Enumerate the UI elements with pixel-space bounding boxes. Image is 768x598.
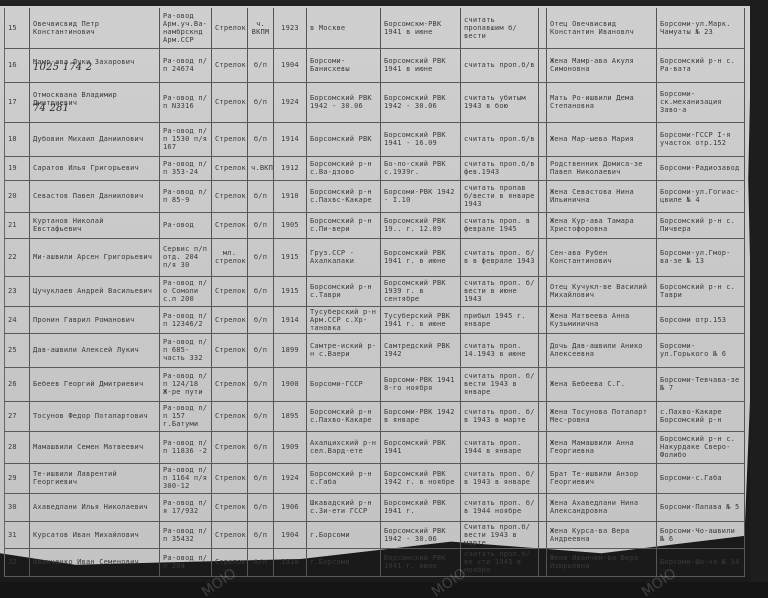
cell-party: б/п — [248, 122, 274, 156]
cell-address: Борсоми-ГССР I-я участок отр.152 — [657, 122, 745, 156]
cell-called: Самтредский РВК 1942 — [381, 333, 461, 367]
cell-reason: считать проп.б/в фев.1943 — [461, 156, 539, 180]
cell-year: 1904 — [274, 48, 307, 82]
cell-unit: Ра-овод п/п 24674 — [160, 48, 212, 82]
table-row: 27Тосунов Федор ПотапартовичРа-овод п/п … — [5, 401, 745, 431]
cell-unit: Ра-овод п/п 35432 — [160, 521, 212, 548]
cell-relative: Жена Мамр-ава Акуля Симоновна — [547, 48, 657, 82]
cell-called: Борсоми-РВК 1942 в январе — [381, 401, 461, 431]
cell-called: Борсомский РВК 1941 г. в июне — [381, 238, 461, 276]
cell-name: Мамр-ава Луки Захарович1025 174 2 — [30, 48, 160, 82]
table-row: 17Отмосквана Владимир Дмитриевич74 281Ра… — [5, 82, 745, 122]
table-row: 29Те-ишвили Лаврентий ГеоргиевичРа-овод … — [5, 463, 745, 493]
cell-year: 1915 — [274, 276, 307, 306]
cell-party: б/п — [248, 521, 274, 548]
cell-no: 22 — [5, 238, 30, 276]
cell-note — [539, 493, 547, 521]
cell-party: б/п — [248, 306, 274, 333]
cell-birthplace: Борсомский р-н с.Габа — [307, 463, 381, 493]
cell-name: Пронин Гаврил Романович — [30, 306, 160, 333]
cell-party: ч. ВКПМ — [248, 8, 274, 48]
cell-birthplace: Тусуберский р-н Арм.ССР с.Хр-тановка — [307, 306, 381, 333]
cell-birthplace: Борсомский р-н с.Пахвс-Какаре — [307, 180, 381, 212]
cell-year: 1900 — [274, 367, 307, 401]
cell-note — [539, 431, 547, 463]
scan-right-edge — [750, 0, 768, 598]
cell-relative: Дочь Дав-ашвили Анико Алексеевна — [547, 333, 657, 367]
cell-party: б/п — [248, 431, 274, 463]
cell-reason: считать пропавшим б/вести — [461, 8, 539, 48]
cell-address: Борсоми отр.153 — [657, 306, 745, 333]
cell-reason: считать проп. б/в 1943 в январе — [461, 463, 539, 493]
cell-note — [539, 276, 547, 306]
cell-year: 1914 — [274, 306, 307, 333]
cell-year: 1912 — [274, 156, 307, 180]
cell-name: Отмосквана Владимир Дмитриевич74 281 — [30, 82, 160, 122]
cell-reason: считать убитым 1943 в бою — [461, 82, 539, 122]
cell-year: 1899 — [274, 333, 307, 367]
cell-called: Борсомский РВК 1942 г. в ноябре — [381, 463, 461, 493]
cell-party: б/п — [248, 493, 274, 521]
cell-relative: Жена Тосунова Потапарт Мес-ровна — [547, 401, 657, 431]
cell-year: 1910 — [274, 180, 307, 212]
cell-no: 27 — [5, 401, 30, 431]
cell-unit: Ра-овод п/п 85-9 — [160, 180, 212, 212]
cell-unit: Ра-овод п/п N3316 — [160, 82, 212, 122]
cell-name: Овечвисвид Петр Константинович — [30, 8, 160, 48]
cell-called: Борсомскм-РВК 1941 в июне — [381, 8, 461, 48]
cell-no: 24 — [5, 306, 30, 333]
cell-rank: Стрелок — [212, 122, 248, 156]
cell-no: 20 — [5, 180, 30, 212]
cell-called: Тусуберский РВК 1941 г. в июне — [381, 306, 461, 333]
cell-relative: Мать Ро-ишвили Дема Степановна — [547, 82, 657, 122]
cell-reason: считать пропав б/вести в январе 1943 — [461, 180, 539, 212]
cell-no: 18 — [5, 122, 30, 156]
cell-year: 1924 — [274, 463, 307, 493]
cell-note — [539, 548, 547, 576]
cell-rank: Стрелок — [212, 333, 248, 367]
cell-name: Мамашвили Семен Матвеевич — [30, 431, 160, 463]
cell-reason: считать проп.б/в — [461, 122, 539, 156]
cell-birthplace: Ахалцихский р-н сел.Вард-ете — [307, 431, 381, 463]
cell-party: б/п — [248, 238, 274, 276]
cell-year: 1914 — [274, 122, 307, 156]
cell-rank: Стрелок — [212, 463, 248, 493]
cell-rank: мл. стрелок — [212, 238, 248, 276]
cell-reason: считать проп. б/в в феврале 1943 — [461, 238, 539, 276]
table-row: 23Цучуклаев Андрей ВасильевичРа-овод п/о… — [5, 276, 745, 306]
cell-no: 15 — [5, 8, 30, 48]
cell-birthplace: Борсоми-ГССР — [307, 367, 381, 401]
cell-unit: Ра-овод п/п 124/18 Ж-ре пути — [160, 367, 212, 401]
cell-party: ч.ВКПМ — [248, 156, 274, 180]
cell-address: Борсоми-Чо-ашвили № 6 — [657, 521, 745, 548]
cell-birthplace: Борсомский р-н с.Таври — [307, 276, 381, 306]
cell-rank: Стрелок — [212, 180, 248, 212]
cell-called: Борсоми-РВК 1942 - I.10 — [381, 180, 461, 212]
cell-address: Борсоми-Тевчава-зе № 7 — [657, 367, 745, 401]
cell-note — [539, 521, 547, 548]
cell-called: Борсомский РВК 1941 — [381, 431, 461, 463]
cell-relative: Отец Овечвисвид Константин Ивановлч — [547, 8, 657, 48]
cell-called: Борсомский РВК 1941 в июне — [381, 48, 461, 82]
cell-birthplace: Борсомский р-н с.Пахво-Какаре — [307, 401, 381, 431]
cell-relative: Жена Матвеева Анна Кузьминична — [547, 306, 657, 333]
cell-no: 17 — [5, 82, 30, 122]
table-row: 28Мамашвили Семен МатвеевичРа-овод п/п 1… — [5, 431, 745, 463]
cell-no: 21 — [5, 212, 30, 238]
cell-reason: считать проп. б/в 1943 в марте — [461, 401, 539, 431]
cell-called: Борсомский РВК 1941 г. — [381, 493, 461, 521]
cell-unit: Ра-овод п/п 685-часть 332 — [160, 333, 212, 367]
handwritten-note: 74 281 — [33, 105, 156, 113]
cell-reason: считать проп. б/в 1944 ноябре — [461, 493, 539, 521]
cell-year: 1923 — [274, 8, 307, 48]
cell-unit: Ра-овод п/п 1164 п/я 300-12 — [160, 463, 212, 493]
cell-relative: Жена Севастова Нина Ильинична — [547, 180, 657, 212]
cell-reason: считать проп. б/вести в июне 1943 — [461, 276, 539, 306]
cell-called: Борсомский РВК 1941 - 16.09 — [381, 122, 461, 156]
cell-reason: считать проп.б/ве сти 1943 в ноябре — [461, 548, 539, 576]
cell-reason: считать проп. 14.1943 в июне — [461, 333, 539, 367]
cell-rank: Стрелок — [212, 367, 248, 401]
cell-note — [539, 48, 547, 82]
cell-address: Борсоми-Папава № 5 — [657, 493, 745, 521]
cell-no: 32 — [5, 548, 30, 576]
cell-birthplace: Борсомский РВК 1942 - 30.06 — [307, 82, 381, 122]
cell-called: Борсомский РВК 19.. г. 12.09 — [381, 212, 461, 238]
table-row: 26Бебеев Георгий ДмитриевичРа-овод п/п 1… — [5, 367, 745, 401]
cell-note — [539, 156, 547, 180]
cell-address: Борсоми-ск.механизация Заво-а — [657, 82, 745, 122]
cell-unit: Ра-овод п/п 157 г.Батуми — [160, 401, 212, 431]
cell-party: б/п — [248, 276, 274, 306]
cell-name: Те-ишвили Лаврентий Георгиевич — [30, 463, 160, 493]
cell-name: Бебеев Георгий Дмитриевич — [30, 367, 160, 401]
cell-called: Борсоми-РВК 1941 8-го ноября — [381, 367, 461, 401]
cell-note — [539, 122, 547, 156]
cell-birthplace: г.Борсоми — [307, 521, 381, 548]
cell-year: 1924 — [274, 82, 307, 122]
cell-note — [539, 333, 547, 367]
cell-relative: Родственник Домиса-зе Павел Николаевич — [547, 156, 657, 180]
cell-reason: Считать проп.б/вести 1943 в марте — [461, 521, 539, 548]
cell-relative: Жена Мар-ыева Мария — [547, 122, 657, 156]
cell-called: Борсомский РВК 1941 г. июне — [381, 548, 461, 576]
table-row: 15Овечвисвид Петр КонстантиновичРа-овод … — [5, 8, 745, 48]
cell-no: 23 — [5, 276, 30, 306]
cell-reason: считать проп. б/вести 1943 в январе — [461, 367, 539, 401]
table-row: 22Ми-ашвили Арсен ГригорьевичСервис п/п … — [5, 238, 745, 276]
cell-no: 19 — [5, 156, 30, 180]
cell-address: Борсоми-ул.Марк. Чамуаты № 23 — [657, 8, 745, 48]
cell-reason: считать проп. 1944 в январе — [461, 431, 539, 463]
cell-year: 1895 — [274, 401, 307, 431]
cell-birthplace: г.Борсоми — [307, 548, 381, 576]
cell-name: Тосунов Федор Потапартович — [30, 401, 160, 431]
cell-birthplace: Самтре-иский р-н с.Ваери — [307, 333, 381, 367]
cell-no: 31 — [5, 521, 30, 548]
handwritten-note: 1025 174 2 — [33, 64, 156, 72]
cell-year: 1904 — [274, 521, 307, 548]
cell-no: 28 — [5, 431, 30, 463]
table-row: 20Севастов Павел ДанииловичРа-овод п/п 8… — [5, 180, 745, 212]
cell-party: б/п — [248, 333, 274, 367]
cell-address: Борсомский р-н с. Таври — [657, 276, 745, 306]
cell-birthplace: Борсомский р-н с.Пи-вери — [307, 212, 381, 238]
cell-rank: Стрелок — [212, 493, 248, 521]
cell-unit: Сервис п/п отд. 204 п/я 30 — [160, 238, 212, 276]
cell-address: Борсомский р-н с. Пичвера — [657, 212, 745, 238]
cell-no: 30 — [5, 493, 30, 521]
cell-address: Борсомский р-н с. Накурдаке Сверо-Фолибо — [657, 431, 745, 463]
table-row: 19Саратов Илья ГригорьевичРа-овод п/п 35… — [5, 156, 745, 180]
cell-unit: Ра-овод п/п 11836 -2 — [160, 431, 212, 463]
table-row: 24Пронин Гаврил РомановичРа-овод п/п 123… — [5, 306, 745, 333]
cell-note — [539, 212, 547, 238]
table-row: 30Ахаведлани Илья НиколаевичРа-овод п/я … — [5, 493, 745, 521]
cell-rank: Стрелок — [212, 48, 248, 82]
cell-name: Дубовин Михаил Даниилович — [30, 122, 160, 156]
cell-address: Борсоми-ул.Гогиас-цвиле № 4 — [657, 180, 745, 212]
cell-note — [539, 463, 547, 493]
cell-rank: Стрелок — [212, 8, 248, 48]
cell-reason: считать проп. в феврале 1945 — [461, 212, 539, 238]
cell-note — [539, 306, 547, 333]
cell-party: б/п — [248, 548, 274, 576]
cell-birthplace: Шкавадский р-н с.Зи-ети ГССР — [307, 493, 381, 521]
table-row: 32Иванченко Иван СеменовичРа-овод п/п 20… — [5, 548, 745, 576]
cell-relative: Сен-ава Рубен Константинович — [547, 238, 657, 276]
cell-year: 1909 — [274, 431, 307, 463]
cell-party: б/п — [248, 212, 274, 238]
cell-unit: Ра-овод Арм.уч.Ва-намбрскнд Арм.ССР — [160, 8, 212, 48]
cell-relative: Брат Те-ишвили Анзор Георгиевич — [547, 463, 657, 493]
cell-name: Курсатов Иван Михайлович — [30, 521, 160, 548]
cell-called: Борсомский РВК 1942 - 30.06 — [381, 82, 461, 122]
cell-relative: Жена Иванчен-ва Вера Изюрьевна — [547, 548, 657, 576]
cell-address: Борсоми-ул.Гмор-ва-зе № 13 — [657, 238, 745, 276]
cell-rank: Стрелок — [212, 521, 248, 548]
cell-relative: Жена Курса-ва Вера Андреевна — [547, 521, 657, 548]
cell-unit: Ра-овод п/п 1530 п/я 167 — [160, 122, 212, 156]
cell-name: Ми-ашвили Арсен Григорьевич — [30, 238, 160, 276]
cell-year: 1915 — [274, 238, 307, 276]
cell-note — [539, 367, 547, 401]
cell-relative: Жена Мамашвили Анна Георгиевна — [547, 431, 657, 463]
cell-note — [539, 238, 547, 276]
cell-relative: Жена Кур-ава Тамара Христофоровна — [547, 212, 657, 238]
cell-relative: Жена Ахаведлани Нина Александровна — [547, 493, 657, 521]
cell-name: Севастов Павел Даниилович — [30, 180, 160, 212]
cell-unit: Ра-овод п/я 17/932 — [160, 493, 212, 521]
cell-party: б/п — [248, 463, 274, 493]
cell-party: б/п — [248, 48, 274, 82]
cell-unit: Ра-овод п/о Сомоли с.п 200 — [160, 276, 212, 306]
cell-unit: Ра-овод п/п 12346/2 — [160, 306, 212, 333]
cell-birthplace: в Москве — [307, 8, 381, 48]
cell-no: 16 — [5, 48, 30, 82]
cell-name: Дав-ашвили Алексей Лукич — [30, 333, 160, 367]
cell-birthplace: Борсомский РВК — [307, 122, 381, 156]
cell-no: 29 — [5, 463, 30, 493]
cell-note — [539, 8, 547, 48]
cell-rank: Стрелок — [212, 212, 248, 238]
cell-no: 26 — [5, 367, 30, 401]
table-row: 31Курсатов Иван МихайловичРа-овод п/п 35… — [5, 521, 745, 548]
cell-name: Цучуклаев Андрей Васильевич — [30, 276, 160, 306]
cell-unit: Ра-овод — [160, 212, 212, 238]
cell-rank: Стрелок — [212, 156, 248, 180]
cell-called: Борсомский РВК 1939 г. в сентябре — [381, 276, 461, 306]
cell-year: 1906 — [274, 493, 307, 521]
cell-rank: Стрелок — [212, 82, 248, 122]
cell-birthplace: Груз.ССР - Ахалкалаки — [307, 238, 381, 276]
cell-reason: считать проп.б/в — [461, 48, 539, 82]
cell-year: 1905 — [274, 212, 307, 238]
cell-address: Борсомский р-н с. Ра-вата — [657, 48, 745, 82]
cell-party: б/п — [248, 180, 274, 212]
cell-relative: Жена Бебеева С.Г. — [547, 367, 657, 401]
cell-unit: Ра-овод п/п 353-24 — [160, 156, 212, 180]
cell-birthplace: Борсомский р-н с.Ва-дзово — [307, 156, 381, 180]
cell-name: Куртанов Николай Евстафьевич — [30, 212, 160, 238]
cell-rank: Стрелок — [212, 306, 248, 333]
cell-relative: Отец Кучукл-ве Василий Михайлович — [547, 276, 657, 306]
cell-unit: Ра-овод п/п 204 — [160, 548, 212, 576]
table-row: 25Дав-ашвили Алексей ЛукичРа-овод п/п 68… — [5, 333, 745, 367]
table-row: 16Мамр-ава Луки Захарович1025 174 2Ра-ов… — [5, 48, 745, 82]
cell-called: Борсомский РВК 1942 - 30.06 — [381, 521, 461, 548]
cell-birthplace: Борсоми-Банисхевы — [307, 48, 381, 82]
cell-address: Борсоми-ул.Горького № 6 — [657, 333, 745, 367]
cell-no: 25 — [5, 333, 30, 367]
table-row: 21Куртанов Николай ЕвстафьевичРа-оводСтр… — [5, 212, 745, 238]
cell-name: Ахаведлани Илья Николаевич — [30, 493, 160, 521]
cell-address: с.Пахво-Какаре Борсомский р-н — [657, 401, 745, 431]
cell-name: Иванченко Иван Семенович — [30, 548, 160, 576]
cell-reason: прибыл 1945 г. январе — [461, 306, 539, 333]
cell-year: 1910 — [274, 548, 307, 576]
cell-note — [539, 401, 547, 431]
cell-party: б/п — [248, 401, 274, 431]
cell-rank: Стрелок — [212, 276, 248, 306]
cell-address: Борсоми-с.Габа — [657, 463, 745, 493]
cell-address: Борсоми-Радиозавод — [657, 156, 745, 180]
cell-note — [539, 180, 547, 212]
cell-name: Саратов Илья Григорьевич — [30, 156, 160, 180]
records-table: 15Овечвисвид Петр КонстантиновичРа-овод … — [4, 8, 745, 577]
cell-rank: Стрелок — [212, 401, 248, 431]
cell-party: б/п — [248, 82, 274, 122]
cell-note — [539, 82, 547, 122]
table-row: 18Дубовин Михаил ДанииловичРа-овод п/п 1… — [5, 122, 745, 156]
cell-rank: Стрелок — [212, 431, 248, 463]
cell-party: б/п — [248, 367, 274, 401]
cell-called: Бо-ло-ский РВК с.1939г. — [381, 156, 461, 180]
